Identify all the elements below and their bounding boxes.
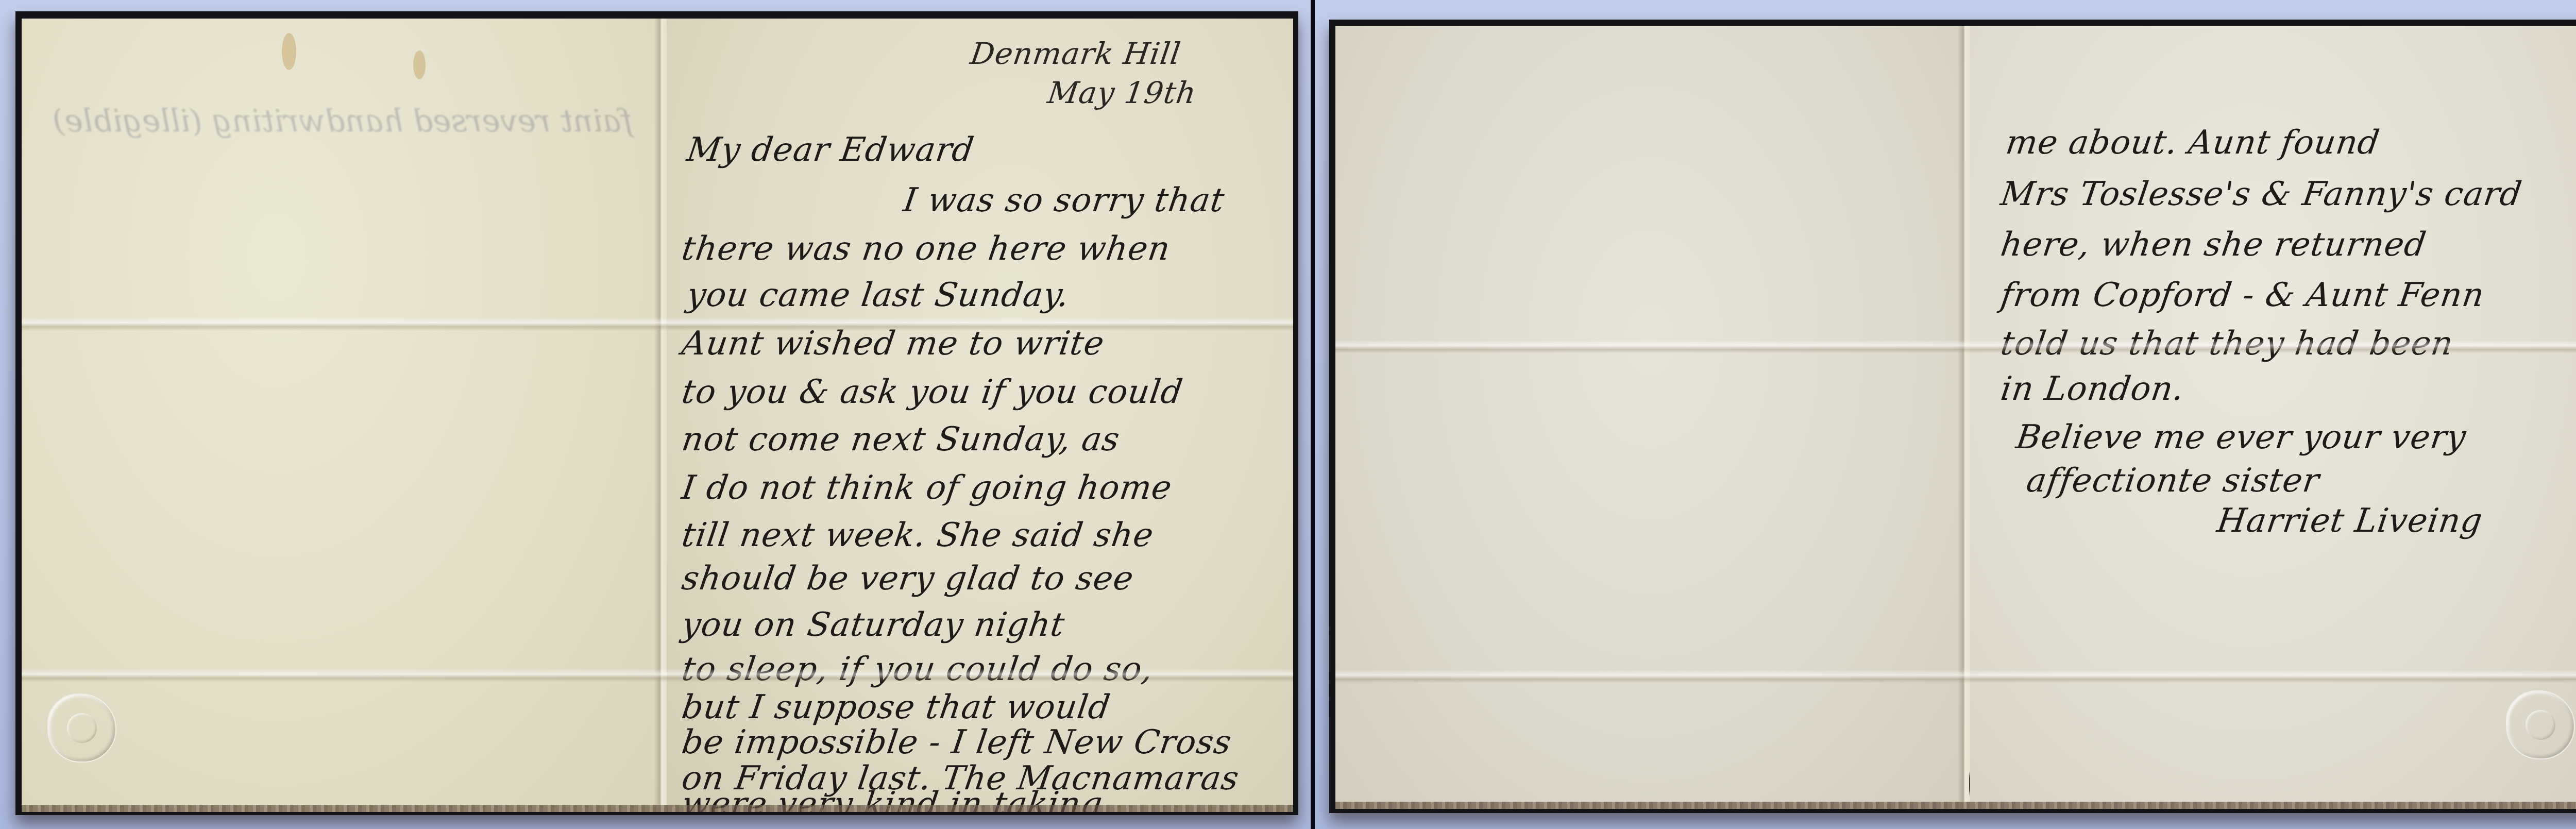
letter-salutation: My dear Edward xyxy=(685,131,977,169)
right-photograph: me about. Aunt found Mrs Toslesse's & Fa… xyxy=(1315,0,2576,829)
torn-bottom-edge xyxy=(22,805,1293,812)
foxing-stain xyxy=(413,50,426,79)
letter-line: to you & ask you if you could xyxy=(680,373,1185,411)
letter-line: you on Saturday night xyxy=(680,606,1067,644)
letter-line: but I suppose that would xyxy=(680,688,1113,726)
left-verso-page: faint reversed handwriting (illegible) xyxy=(22,19,660,812)
center-fold xyxy=(654,19,667,812)
horizontal-fold xyxy=(22,317,1293,331)
letter-line: till next week. She said she xyxy=(680,516,1156,554)
letter-line: in London. xyxy=(1998,370,2187,408)
embossed-seal-icon xyxy=(47,693,116,763)
horizontal-fold xyxy=(1335,670,2576,683)
letter-line: I do not think of going home xyxy=(680,469,1175,507)
center-fold xyxy=(1958,26,1970,809)
signature: Harriet Liveing xyxy=(2215,502,2485,540)
right-blank-page xyxy=(1335,26,1964,809)
right-letter-sheet: me about. Aunt found Mrs Toslesse's & Fa… xyxy=(1335,26,2576,809)
letter-line: be impossible - I left New Cross xyxy=(680,723,1234,762)
letter-line: should be very glad to see xyxy=(680,560,1136,598)
letter-line: here, when she returned xyxy=(1998,226,2429,264)
torn-bottom-edge xyxy=(1335,802,2576,809)
horizontal-fold xyxy=(22,669,1293,682)
left-photograph: faint reversed handwriting (illegible) D… xyxy=(0,0,1311,829)
left-recto-page: Denmark Hill May 19th My dear Edward I w… xyxy=(667,19,1293,812)
letter-line: from Copford - & Aunt Fenn xyxy=(1998,276,2487,314)
letter-line: Mrs Toslesse's & Fanny's card xyxy=(1998,175,2524,213)
embossed-seal-icon xyxy=(2506,690,2575,759)
closing-line: Believe me ever your very xyxy=(2014,418,2469,456)
bleed-through-text: faint reversed handwriting (illegible) xyxy=(53,101,633,141)
horizontal-fold xyxy=(1335,340,2576,353)
letter-line: there was no one here when xyxy=(680,230,1173,268)
right-text-page: me about. Aunt found Mrs Toslesse's & Fa… xyxy=(1970,26,2576,809)
letter-line: you came last Sunday. xyxy=(685,276,1072,314)
letter-line: me about. Aunt found xyxy=(2004,124,2382,162)
letter-line: not come next Sunday, as xyxy=(680,420,1122,459)
letter-address: Denmark Hill xyxy=(968,36,1183,71)
letter-date: May 19th xyxy=(1045,75,1198,110)
closing-line: affectionte sister xyxy=(2024,462,2322,500)
left-letter-sheet: faint reversed handwriting (illegible) D… xyxy=(22,19,1293,812)
photo-divider xyxy=(1311,0,1315,829)
foxing-stain xyxy=(282,33,296,70)
letter-line: I was so sorry that xyxy=(901,181,1227,219)
